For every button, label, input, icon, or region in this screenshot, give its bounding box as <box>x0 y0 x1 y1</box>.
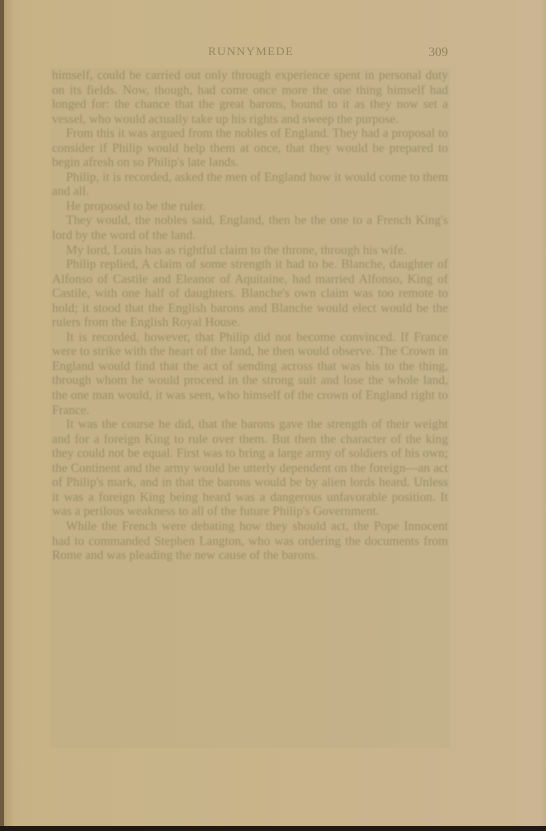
paragraph: Philip, it is recorded, asked the men of… <box>52 170 448 199</box>
scan-bottom-edge <box>0 826 546 831</box>
page-number: 309 <box>429 44 449 60</box>
binding-edge <box>0 0 4 831</box>
paragraph: My lord, Louis has as rightful claim to … <box>52 243 448 258</box>
paragraph: While the French were debating how they … <box>52 519 448 563</box>
paragraph: From this it was argued from the nobles … <box>52 126 448 170</box>
paragraph: himself, could be carried out only throu… <box>52 68 448 126</box>
paragraph: It is recorded, however, that Philip did… <box>52 330 448 417</box>
body-text: himself, could be carried out only throu… <box>52 68 448 563</box>
paragraph: He proposed to be the ruler. <box>52 199 448 214</box>
page-header: RUNNYMEDE 309 <box>52 44 450 62</box>
paragraph: They would, the nobles said, England, th… <box>52 213 448 242</box>
paragraph: It was the course he did, that the baron… <box>52 417 448 519</box>
running-head: RUNNYMEDE <box>52 44 450 59</box>
paragraph: Philip replied, A claim of some strength… <box>52 257 448 330</box>
